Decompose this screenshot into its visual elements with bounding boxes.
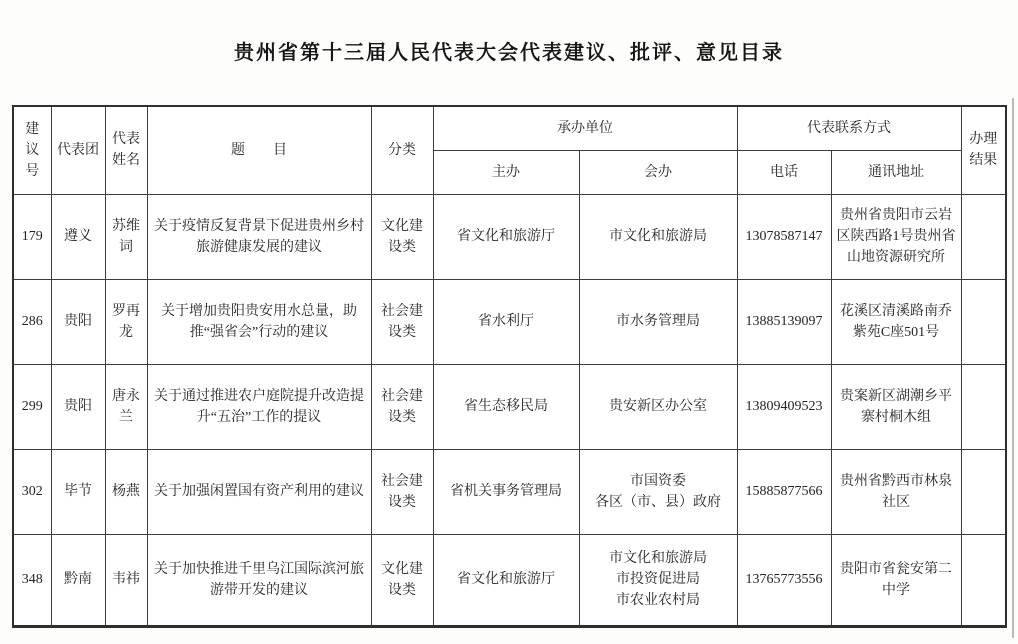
table-row: 302 毕节 杨燕 关于加强闲置国有资产利用的建议 社会建设类 省机关事务管理局… [13, 449, 1006, 534]
cell-result [961, 364, 1006, 449]
cell-co-organizer: 市文化和旅游局 市投资促进局 市农业农村局 [579, 534, 737, 626]
cell-co-organizer: 市国资委 各区（市、县）政府 [579, 449, 737, 534]
cell-rep-name: 唐永兰 [105, 364, 147, 449]
cell-delegation: 黔南 [51, 534, 105, 626]
header-rep-name: 代表 姓名 [105, 106, 147, 194]
cell-category: 文化建设类 [371, 194, 433, 279]
cell-topic: 关于增加贵阳贵安用水总量，助推“强省会”行动的建议 [147, 279, 371, 364]
cell-phone: 13078587147 [737, 194, 831, 279]
cell-co-organizer: 贵安新区办公室 [579, 364, 737, 449]
table-row: 348 黔南 韦祎 关于加快推进千里乌江国际滨河旅游带开发的建议 文化建设类 省… [13, 534, 1006, 626]
cell-main-organizer: 省文化和旅游厅 [433, 194, 579, 279]
cell-co-organizer: 市文化和旅游局 [579, 194, 737, 279]
header-topic: 题 目 [147, 106, 371, 194]
cell-result [961, 279, 1006, 364]
cell-result [961, 534, 1006, 626]
cell-suggestion-no: 348 [13, 534, 51, 626]
header-contact-group: 代表联系方式 [737, 106, 961, 150]
cell-rep-name: 苏维词 [105, 194, 147, 279]
cell-address: 贵州省黔西市林泉社区 [831, 449, 961, 534]
header-delegation: 代表团 [51, 106, 105, 194]
cell-category: 文化建设类 [371, 534, 433, 626]
header-co-organizer: 会办 [579, 150, 737, 194]
directory-table: 建 议 号 代表团 代表 姓名 题 目 分类 承办单位 代表联系方式 办理 结果… [12, 105, 1007, 628]
cell-rep-name: 罗再龙 [105, 279, 147, 364]
header-row-1: 建 议 号 代表团 代表 姓名 题 目 分类 承办单位 代表联系方式 办理 结果 [13, 106, 1006, 150]
document-title: 贵州省第十三届人民代表大会代表建议、批评、意见目录 [0, 36, 1018, 65]
cell-address: 贵案新区湖潮乡平寨村桐木组 [831, 364, 961, 449]
cell-topic: 关于疫情反复背景下促进贵州乡村旅游健康发展的建议 [147, 194, 371, 279]
cell-result [961, 194, 1006, 279]
cell-delegation: 贵阳 [51, 279, 105, 364]
cell-category: 社会建设类 [371, 364, 433, 449]
header-address: 通讯地址 [831, 150, 961, 194]
cell-main-organizer: 省水利厅 [433, 279, 579, 364]
cell-topic: 关于通过推进农户庭院提升改造提升“五治”工作的提议 [147, 364, 371, 449]
cell-phone: 13885139097 [737, 279, 831, 364]
cell-rep-name: 韦祎 [105, 534, 147, 626]
cell-delegation: 毕节 [51, 449, 105, 534]
cell-phone: 15885877566 [737, 449, 831, 534]
cell-address: 贵阳市省瓮安第二中学 [831, 534, 961, 626]
cell-delegation: 贵阳 [51, 364, 105, 449]
cell-address: 花溪区清溪路南乔紫苑C座501号 [831, 279, 961, 364]
header-suggestion-no: 建 议 号 [13, 106, 51, 194]
header-undertaking-unit: 承办单位 [433, 106, 737, 150]
cell-rep-name: 杨燕 [105, 449, 147, 534]
header-category: 分类 [371, 106, 433, 194]
scan-edge-artifact [1012, 98, 1014, 638]
header-result: 办理 结果 [961, 106, 1006, 194]
cell-phone: 13765773556 [737, 534, 831, 626]
header-phone: 电话 [737, 150, 831, 194]
cell-main-organizer: 省机关事务管理局 [433, 449, 579, 534]
cell-address: 贵州省贵阳市云岩区陕西路1号贵州省山地资源研究所 [831, 194, 961, 279]
table-row: 286 贵阳 罗再龙 关于增加贵阳贵安用水总量，助推“强省会”行动的建议 社会建… [13, 279, 1006, 364]
cell-category: 社会建设类 [371, 449, 433, 534]
cell-category: 社会建设类 [371, 279, 433, 364]
header-main-organizer: 主办 [433, 150, 579, 194]
cell-suggestion-no: 299 [13, 364, 51, 449]
cell-main-organizer: 省文化和旅游厅 [433, 534, 579, 626]
cell-main-organizer: 省生态移民局 [433, 364, 579, 449]
cell-phone: 13809409523 [737, 364, 831, 449]
cell-delegation: 遵义 [51, 194, 105, 279]
table-row: 179 遵义 苏维词 关于疫情反复背景下促进贵州乡村旅游健康发展的建议 文化建设… [13, 194, 1006, 279]
cell-result [961, 449, 1006, 534]
cell-topic: 关于加快推进千里乌江国际滨河旅游带开发的建议 [147, 534, 371, 626]
cell-suggestion-no: 179 [13, 194, 51, 279]
cell-co-organizer: 市水务管理局 [579, 279, 737, 364]
cell-suggestion-no: 286 [13, 279, 51, 364]
cell-suggestion-no: 302 [13, 449, 51, 534]
cell-topic: 关于加强闲置国有资产利用的建议 [147, 449, 371, 534]
table-row: 299 贵阳 唐永兰 关于通过推进农户庭院提升改造提升“五治”工作的提议 社会建… [13, 364, 1006, 449]
